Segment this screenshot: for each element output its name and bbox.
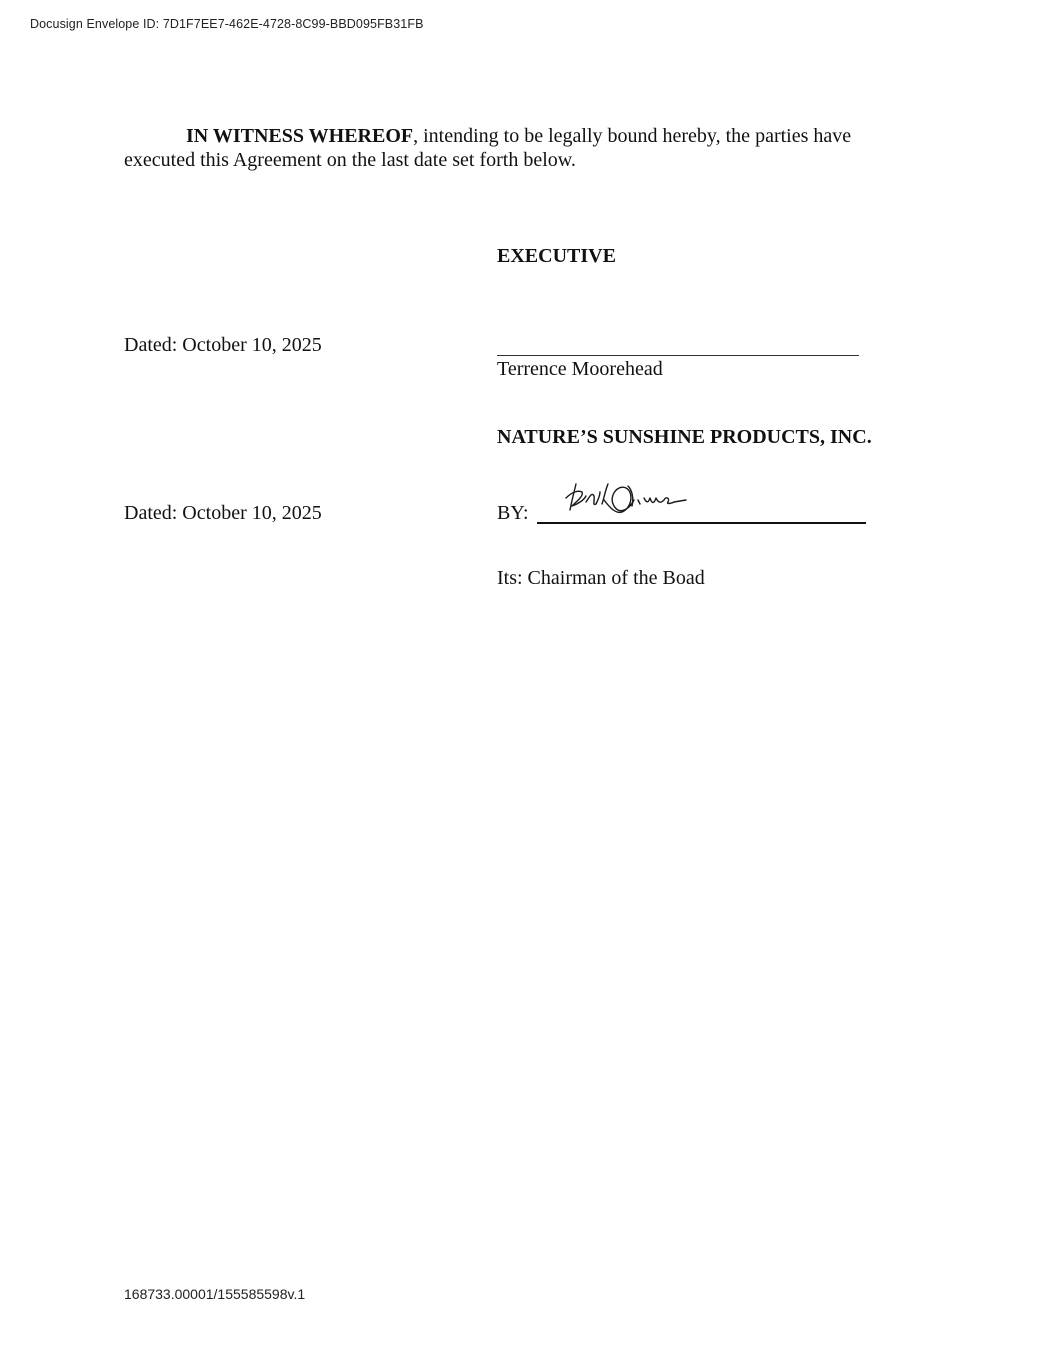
by-label: BY: [497, 502, 529, 525]
executive-dated: Dated: October 10, 2025 [124, 334, 322, 357]
document-footer-id: 168733.00001/155585598v.1 [124, 1286, 305, 1302]
executive-signature-line [497, 355, 859, 356]
company-signature-line [537, 522, 866, 524]
witness-clause-lead: IN WITNESS WHEREOF [186, 125, 413, 147]
signer-title: Its: Chairman of the Boad [497, 567, 705, 590]
docusign-envelope-id: Docusign Envelope ID: 7D1F7EE7-462E-4728… [30, 17, 424, 31]
company-dated: Dated: October 10, 2025 [124, 502, 322, 525]
executive-signer-name: Terrence Moorehead [497, 358, 663, 381]
witness-clause: IN WITNESS WHEREOF, intending to be lega… [124, 124, 884, 172]
handwritten-signature-icon [562, 478, 722, 520]
company-heading: NATURE’S SUNSHINE PRODUCTS, INC. [497, 426, 872, 449]
executive-heading: EXECUTIVE [497, 245, 616, 268]
